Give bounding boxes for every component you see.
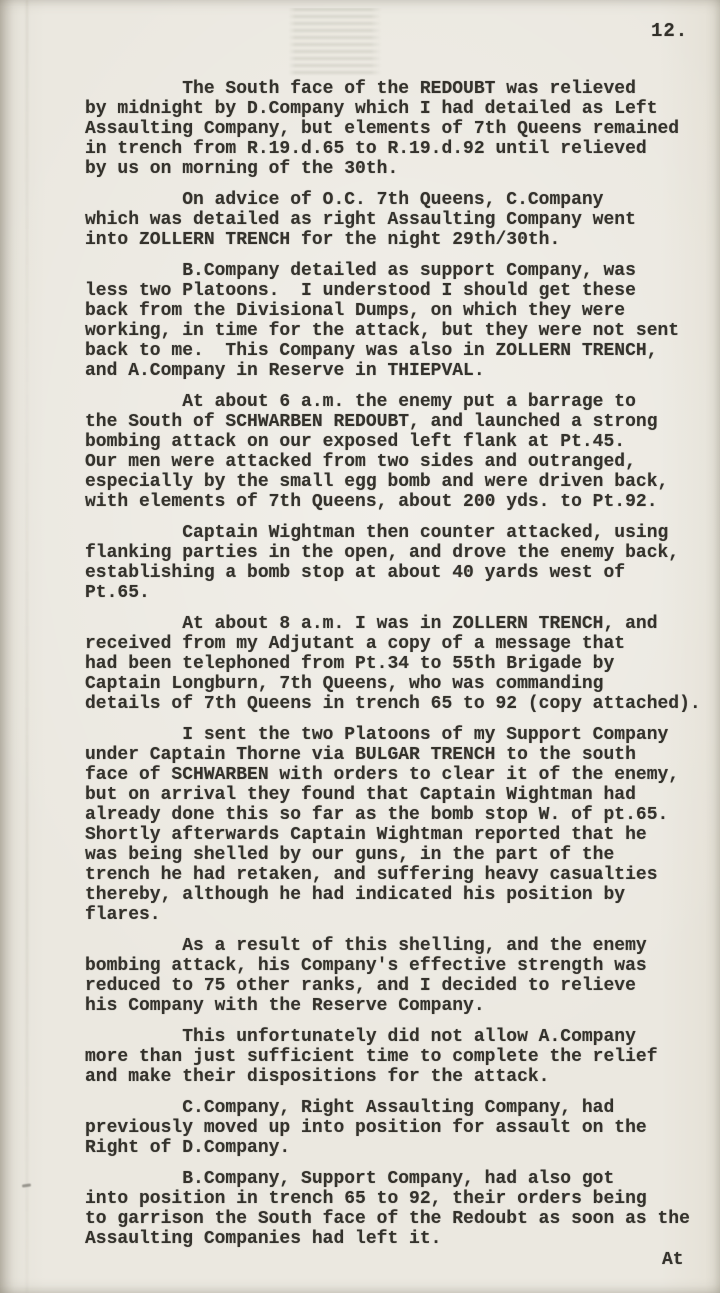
paragraph: This unfortunately did not allow A.Compa… [85,1027,710,1087]
paragraph: B.Company detailed as support Company, w… [85,261,710,381]
paragraph: Captain Wightman then counter attacked, … [85,523,710,603]
ink-speck [22,1183,31,1187]
paragraph: At about 8 a.m. I was in ZOLLERN TRENCH,… [85,614,710,714]
catchword: At [662,1250,684,1270]
bleedthrough-text-ghost [288,8,382,76]
scanned-page: 12. The South face of the REDOUBT was re… [0,0,720,1293]
page-number: 12. [651,20,688,42]
paragraph: As a result of this shelling, and the en… [85,936,710,1016]
paper-crease [26,0,28,1293]
paragraph: I sent the two Platoons of my Support Co… [85,725,710,925]
paragraph: C.Company, Right Assaulting Company, had… [85,1098,710,1158]
document-body: The South face of the REDOUBT was reliev… [85,79,710,1260]
paragraph: At about 6 a.m. the enemy put a barrage … [85,392,710,512]
paragraph: On advice of O.C. 7th Queens, C.Company … [85,190,710,250]
paragraph: The South face of the REDOUBT was reliev… [85,79,710,179]
paragraph: B.Company, Support Company, had also got… [85,1169,710,1249]
